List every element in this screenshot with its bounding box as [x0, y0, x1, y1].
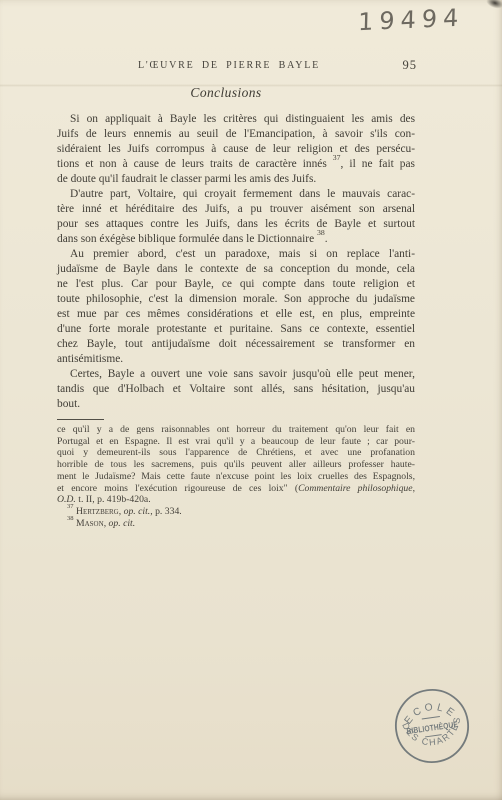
- body-text: Si on appliquait à Bayle les critères qu…: [57, 112, 415, 412]
- text-line: tions et non à cause de leurs traits de …: [57, 157, 415, 172]
- paragraph: Si on appliquait à Bayle les critères qu…: [57, 112, 415, 187]
- paragraph: Au premier abord, c'est un paradoxe, mai…: [57, 247, 415, 367]
- stamp-upper-rule: [422, 716, 440, 719]
- text-line: sidéraient les Juifs corrompus à cause d…: [57, 142, 415, 157]
- running-header: L'ŒUVRE DE PIERRE BAYLE 95: [57, 60, 415, 76]
- text-line: Certes, Bayle a ouvert une voie sans sav…: [57, 367, 415, 382]
- running-header-title: L'ŒUVRE DE PIERRE BAYLE: [50, 60, 408, 71]
- footnote-line: 37 Hertzberg, op. cit., p. 334.: [57, 506, 415, 518]
- text-line: est mue par ces mêmes considérations et …: [57, 307, 415, 322]
- text-line: ne l'est plus. Car pour Bayle, ce qui co…: [57, 277, 415, 292]
- library-stamp: ECOLE BIBLIOTHÈQUE DES CHARTES: [389, 683, 475, 769]
- scanned-book-page: 19494 L'ŒUVRE DE PIERRE BAYLE 95 Conclus…: [0, 0, 502, 800]
- text-line: bout.: [57, 397, 415, 412]
- text-line: judaïsme de Bayle dans le contexte de sa…: [57, 262, 415, 277]
- paragraph: D'autre part, Voltaire, qui croyait ferm…: [57, 187, 415, 247]
- handwritten-accession-number: 19494: [358, 4, 459, 36]
- footnotes: ce qu'il y a de gens raisonnables ont ho…: [57, 424, 415, 529]
- footnote-line: et encore moins l'exécution rigoureuse d…: [57, 483, 415, 495]
- text-line: tandis que d'Holbach et Voltaire sont al…: [57, 382, 415, 397]
- footnote-line: quoi y demeurent-ils sous l'apparence de…: [57, 447, 415, 459]
- footnote-line: horrible de tous les sacremens, puis qu'…: [57, 459, 415, 471]
- text-line: dans son éxégèse biblique formulée dans …: [57, 232, 415, 247]
- footnote-line: 38 Mason, op. cit.: [57, 518, 415, 530]
- text-line: d'une forte morale protestante et purita…: [57, 322, 415, 337]
- text-line: de doute qu'il faudrait le classer parmi…: [57, 172, 415, 187]
- section-title: Conclusions: [47, 85, 405, 101]
- footnote-line: O.D. t. II, p. 419b-420a.: [57, 494, 415, 506]
- text-line: D'autre part, Voltaire, qui croyait ferm…: [57, 187, 415, 202]
- corner-ink-mark: [485, 0, 502, 11]
- text-line: pour ses attaques contre les Juifs, dans…: [57, 217, 415, 232]
- text-line: toute philosophie, c'est la dimension mo…: [57, 292, 415, 307]
- footnote-line: Portugal et en Espagne. Il est vrai qu'i…: [57, 436, 415, 448]
- text-line: antisémitisme.: [57, 352, 415, 367]
- text-line: chez Bayle, tout antijudaïsme doit néces…: [57, 337, 415, 352]
- footnote-rule: [57, 419, 104, 420]
- footnote-line: ment le Judaïsme? Mais cette faute n'exc…: [57, 471, 415, 483]
- text-line: Juifs de leurs ennemis au seuil de l'Ema…: [57, 127, 415, 142]
- text-line: Si on appliquait à Bayle les critères qu…: [57, 112, 415, 127]
- paragraph: Certes, Bayle a ouvert une voie sans sav…: [57, 367, 415, 412]
- page-number: 95: [403, 58, 418, 73]
- text-line: Au premier abord, c'est un paradoxe, mai…: [57, 247, 415, 262]
- text-line: tère inné et héréditaire des Juifs, a pu…: [57, 202, 415, 217]
- footnote-line: ce qu'il y a de gens raisonnables ont ho…: [57, 424, 415, 436]
